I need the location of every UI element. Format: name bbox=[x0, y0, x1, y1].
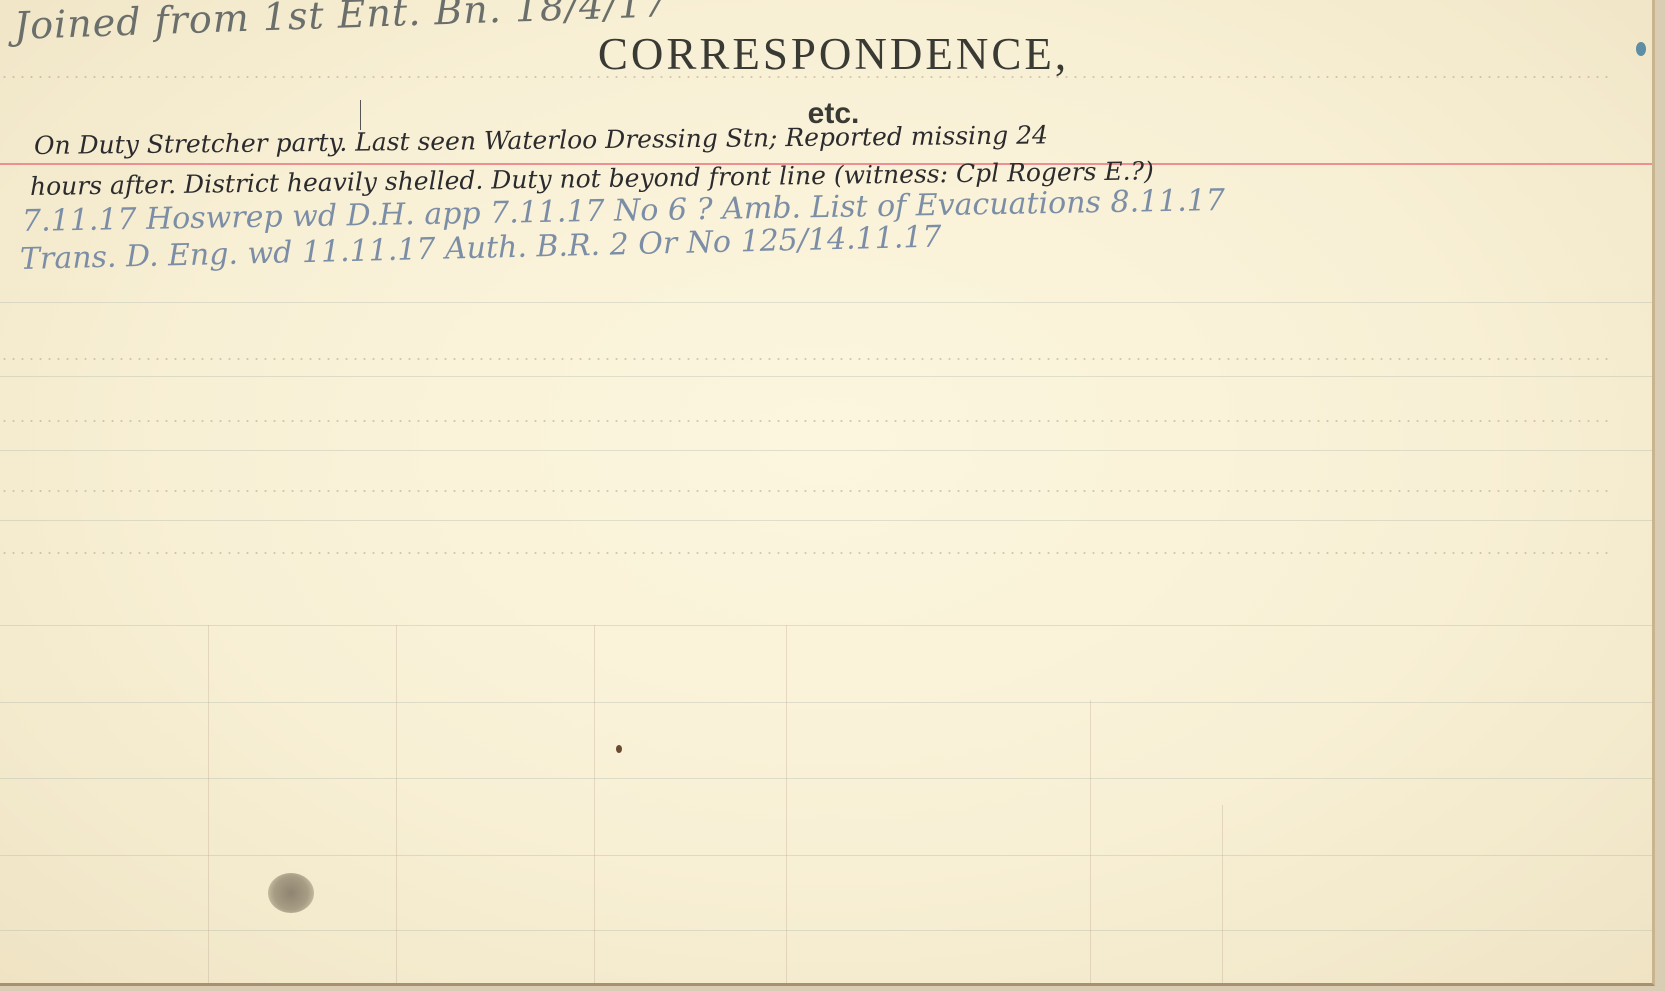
grid-column-line bbox=[396, 625, 397, 983]
stain-blot bbox=[268, 873, 314, 913]
dotted-rule bbox=[0, 552, 1612, 554]
dotted-rule bbox=[0, 420, 1612, 422]
blue-ink-mark bbox=[1636, 42, 1646, 56]
dotted-rule bbox=[0, 490, 1612, 492]
grid-column-line bbox=[208, 625, 209, 983]
ruled-line bbox=[0, 855, 1652, 856]
ruled-line bbox=[0, 450, 1652, 451]
ruled-line bbox=[0, 520, 1652, 521]
dotted-rule bbox=[0, 358, 1612, 360]
ruled-line bbox=[0, 778, 1652, 779]
index-card: CORRESPONDENCE, etc. Joined from 1st Ent… bbox=[0, 0, 1655, 986]
ink-speck bbox=[616, 745, 622, 753]
ruled-line bbox=[0, 625, 1652, 626]
grid-column-line bbox=[786, 625, 787, 983]
ruled-line bbox=[0, 376, 1652, 377]
grid-column-line bbox=[594, 625, 595, 983]
grid-column-line bbox=[1090, 700, 1091, 983]
pen-stroke-mark bbox=[360, 100, 361, 130]
ruled-line bbox=[0, 702, 1652, 703]
ruled-line bbox=[0, 930, 1652, 931]
grid-column-line bbox=[1222, 805, 1223, 983]
ruled-line bbox=[0, 302, 1652, 303]
